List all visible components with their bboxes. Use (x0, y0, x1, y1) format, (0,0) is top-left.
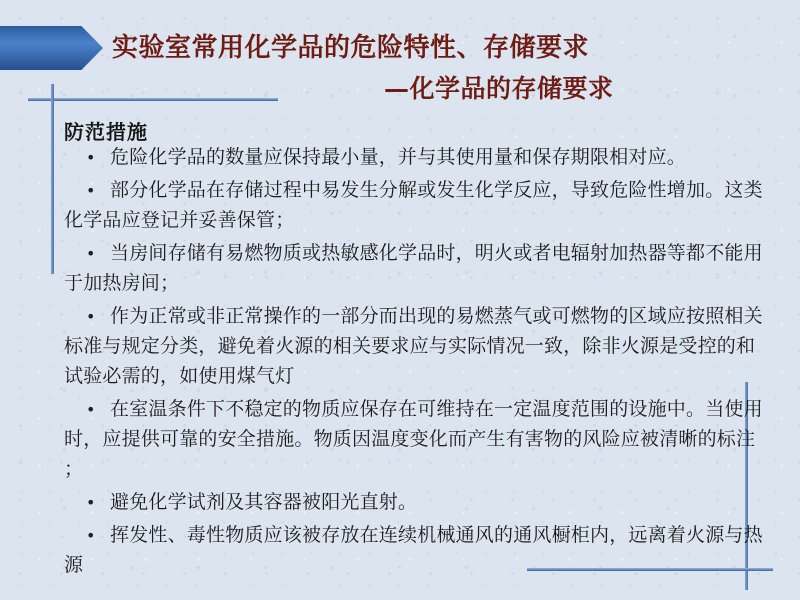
bullet-line: 作为正常或非正常操作的一部分而出现的易燃蒸气或可燃物的区域应按照相关 (110, 305, 763, 327)
bullet-item: •避免化学试剂及其容器被阳光直射。 (64, 487, 776, 517)
bullet-dot-icon: • (86, 239, 110, 269)
bullet-line: 危险化学品的数量应保持最小量，并与其使用量和保存期限相对应。 (110, 146, 686, 168)
section-heading: 防范措施 (64, 116, 148, 145)
bullet-item: •部分化学品在存储过程中易发生分解或发生化学反应，导致危险性增加。这类 化学品应… (64, 175, 776, 235)
bullet-dot-icon: • (86, 176, 110, 206)
accent-line-horizontal-top-left (28, 98, 278, 101)
bullet-line: 源 (64, 550, 776, 580)
bullet-line: 在室温条件下不稳定的物质应保存在可维持在一定温度范围的设施中。当使用 (110, 398, 763, 420)
bullet-line: 于加热房间； (64, 268, 776, 298)
bullet-item: •作为正常或非正常操作的一部分而出现的易燃蒸气或可燃物的区域应按照相关 标准与规… (64, 301, 776, 391)
bullet-line: 挥发性、毒性物质应该被存放在连续机械通风的通风橱柜内，远离着火源与热 (110, 524, 763, 546)
arrow-banner-icon (0, 26, 103, 70)
accent-line-vertical-top-left (51, 84, 54, 274)
bullet-line: 化学品应登记并妥善保管； (64, 205, 776, 235)
bullet-list: •危险化学品的数量应保持最小量，并与其使用量和保存期限相对应。 •部分化学品在存… (64, 142, 776, 583)
slide-canvas: 实验室常用化学品的危险特性、存储要求 —化学品的存储要求 防范措施 •危险化学品… (0, 0, 800, 600)
bullet-line: 当房间存储有易燃物质或热敏感化学品时，明火或者电辐射加热器等都不能用 (110, 242, 763, 264)
page-subtitle: —化学品的存储要求 (384, 69, 614, 105)
bullet-line: 试验必需的，如使用煤气灯 (64, 361, 776, 391)
bullet-line: 标准与规定分类，避免着火源的相关要求应与实际情况一致，除非火源是受控的和 (64, 331, 776, 361)
bullet-dot-icon: • (86, 488, 110, 518)
bullet-line: 时，应提供可靠的安全措施。物质因温度变化而产生有害物的风险应被清晰的标注 (64, 424, 776, 454)
bullet-item: •当房间存储有易燃物质或热敏感化学品时，明火或者电辐射加热器等都不能用 于加热房… (64, 238, 776, 298)
bullet-line: ； (64, 454, 776, 484)
page-title: 实验室常用化学品的危险特性、存储要求 (112, 27, 589, 64)
bullet-dot-icon: • (86, 395, 110, 425)
bullet-line: 部分化学品在存储过程中易发生分解或发生化学反应，导致危险性增加。这类 (110, 179, 763, 201)
bullet-item: •挥发性、毒性物质应该被存放在连续机械通风的通风橱柜内，远离着火源与热 源 (64, 520, 776, 580)
bullet-item: •在室温条件下不稳定的物质应保存在可维持在一定温度范围的设施中。当使用 时，应提… (64, 394, 776, 484)
bullet-item: •危险化学品的数量应保持最小量，并与其使用量和保存期限相对应。 (64, 142, 776, 172)
bullet-dot-icon: • (86, 521, 110, 551)
bullet-dot-icon: • (86, 302, 110, 332)
bullet-line: 避免化学试剂及其容器被阳光直射。 (110, 491, 417, 513)
bullet-dot-icon: • (86, 143, 110, 173)
